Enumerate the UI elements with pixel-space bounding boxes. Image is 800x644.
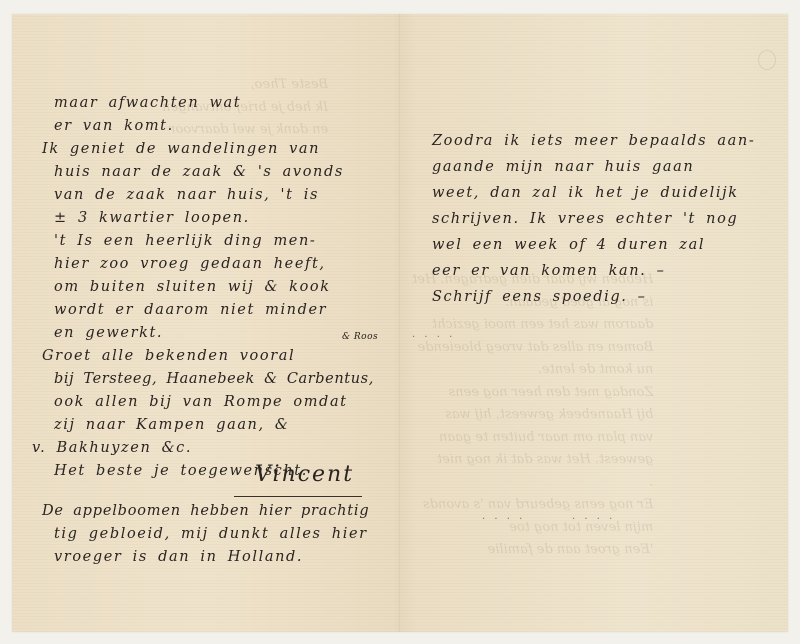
center-fold xyxy=(399,14,401,632)
text-line: Schrijf eens spoedig. – xyxy=(432,284,755,310)
text-line: ook allen bij van Rompe omdat xyxy=(32,391,374,414)
text-line: van de zaak naar huis, 't is xyxy=(32,184,374,207)
text-line: tig gebloeid, mij dunkt alles hier xyxy=(32,523,369,546)
text-line: bij Tersteeg, Haanebeek & Carbentus, xyxy=(32,368,374,391)
ink-specks: · · · · xyxy=(412,332,455,343)
page-number-mark xyxy=(758,50,776,70)
right-page-text: Zoodra ik iets meer bepaalds aan- gaande… xyxy=(432,128,755,310)
bleedthrough-right: Hebben wij daar dien gedragen. Het is no… xyxy=(412,269,653,562)
text-line: er van komt. xyxy=(32,115,374,138)
text-line: v. Bakhuyzen &c. xyxy=(32,437,374,460)
text-line: huis naar de zaak & 's avonds xyxy=(32,161,374,184)
text-line: wel een week of 4 duren zal xyxy=(432,232,755,258)
text-line: De appelboomen hebben hier prachtig xyxy=(32,500,369,523)
text-line: Zoodra ik iets meer bepaalds aan- xyxy=(432,128,755,154)
text-line: eer er van komen kan. – xyxy=(432,258,755,284)
text-line: om buiten sluiten wij & kook xyxy=(32,276,374,299)
text-line: 't Is een heerlijk ding men- xyxy=(32,230,374,253)
text-line: gaande mijn naar huis gaan xyxy=(432,154,755,180)
text-line: en gewerkt. xyxy=(32,322,374,345)
postscript: De appelboomen hebben hier prachtig tig … xyxy=(32,500,369,569)
text-line: hier zoo vroeg gedaan heeft, xyxy=(32,253,374,276)
text-line: ± 3 kwartier loopen. xyxy=(32,207,374,230)
signature: Vincent xyxy=(255,462,354,487)
interlinear-annotation: & Roos xyxy=(342,332,378,342)
signature-underline xyxy=(234,496,362,497)
left-page-text: maar afwachten wat er van komt. Ik genie… xyxy=(32,92,374,483)
ink-specks: · · · · xyxy=(572,514,615,525)
text-line: Groet alle bekenden vooral xyxy=(32,345,374,368)
text-line: schrijven. Ik vrees echter 't nog xyxy=(432,206,755,232)
text-line: weet, dan zal ik het je duidelijk xyxy=(432,180,755,206)
text-line: Ik geniet de wandelingen van xyxy=(32,138,374,161)
text-line: maar afwachten wat xyxy=(32,92,374,115)
text-line: wordt er daarom niet minder xyxy=(32,299,374,322)
text-line: vroeger is dan in Holland. xyxy=(32,546,369,569)
letter-sheet: Beste Theo, Ik heb je brief ontvangen en… xyxy=(12,14,788,632)
ink-specks: · · · · xyxy=(482,514,525,525)
text-line: zij naar Kampen gaan, & xyxy=(32,414,374,437)
